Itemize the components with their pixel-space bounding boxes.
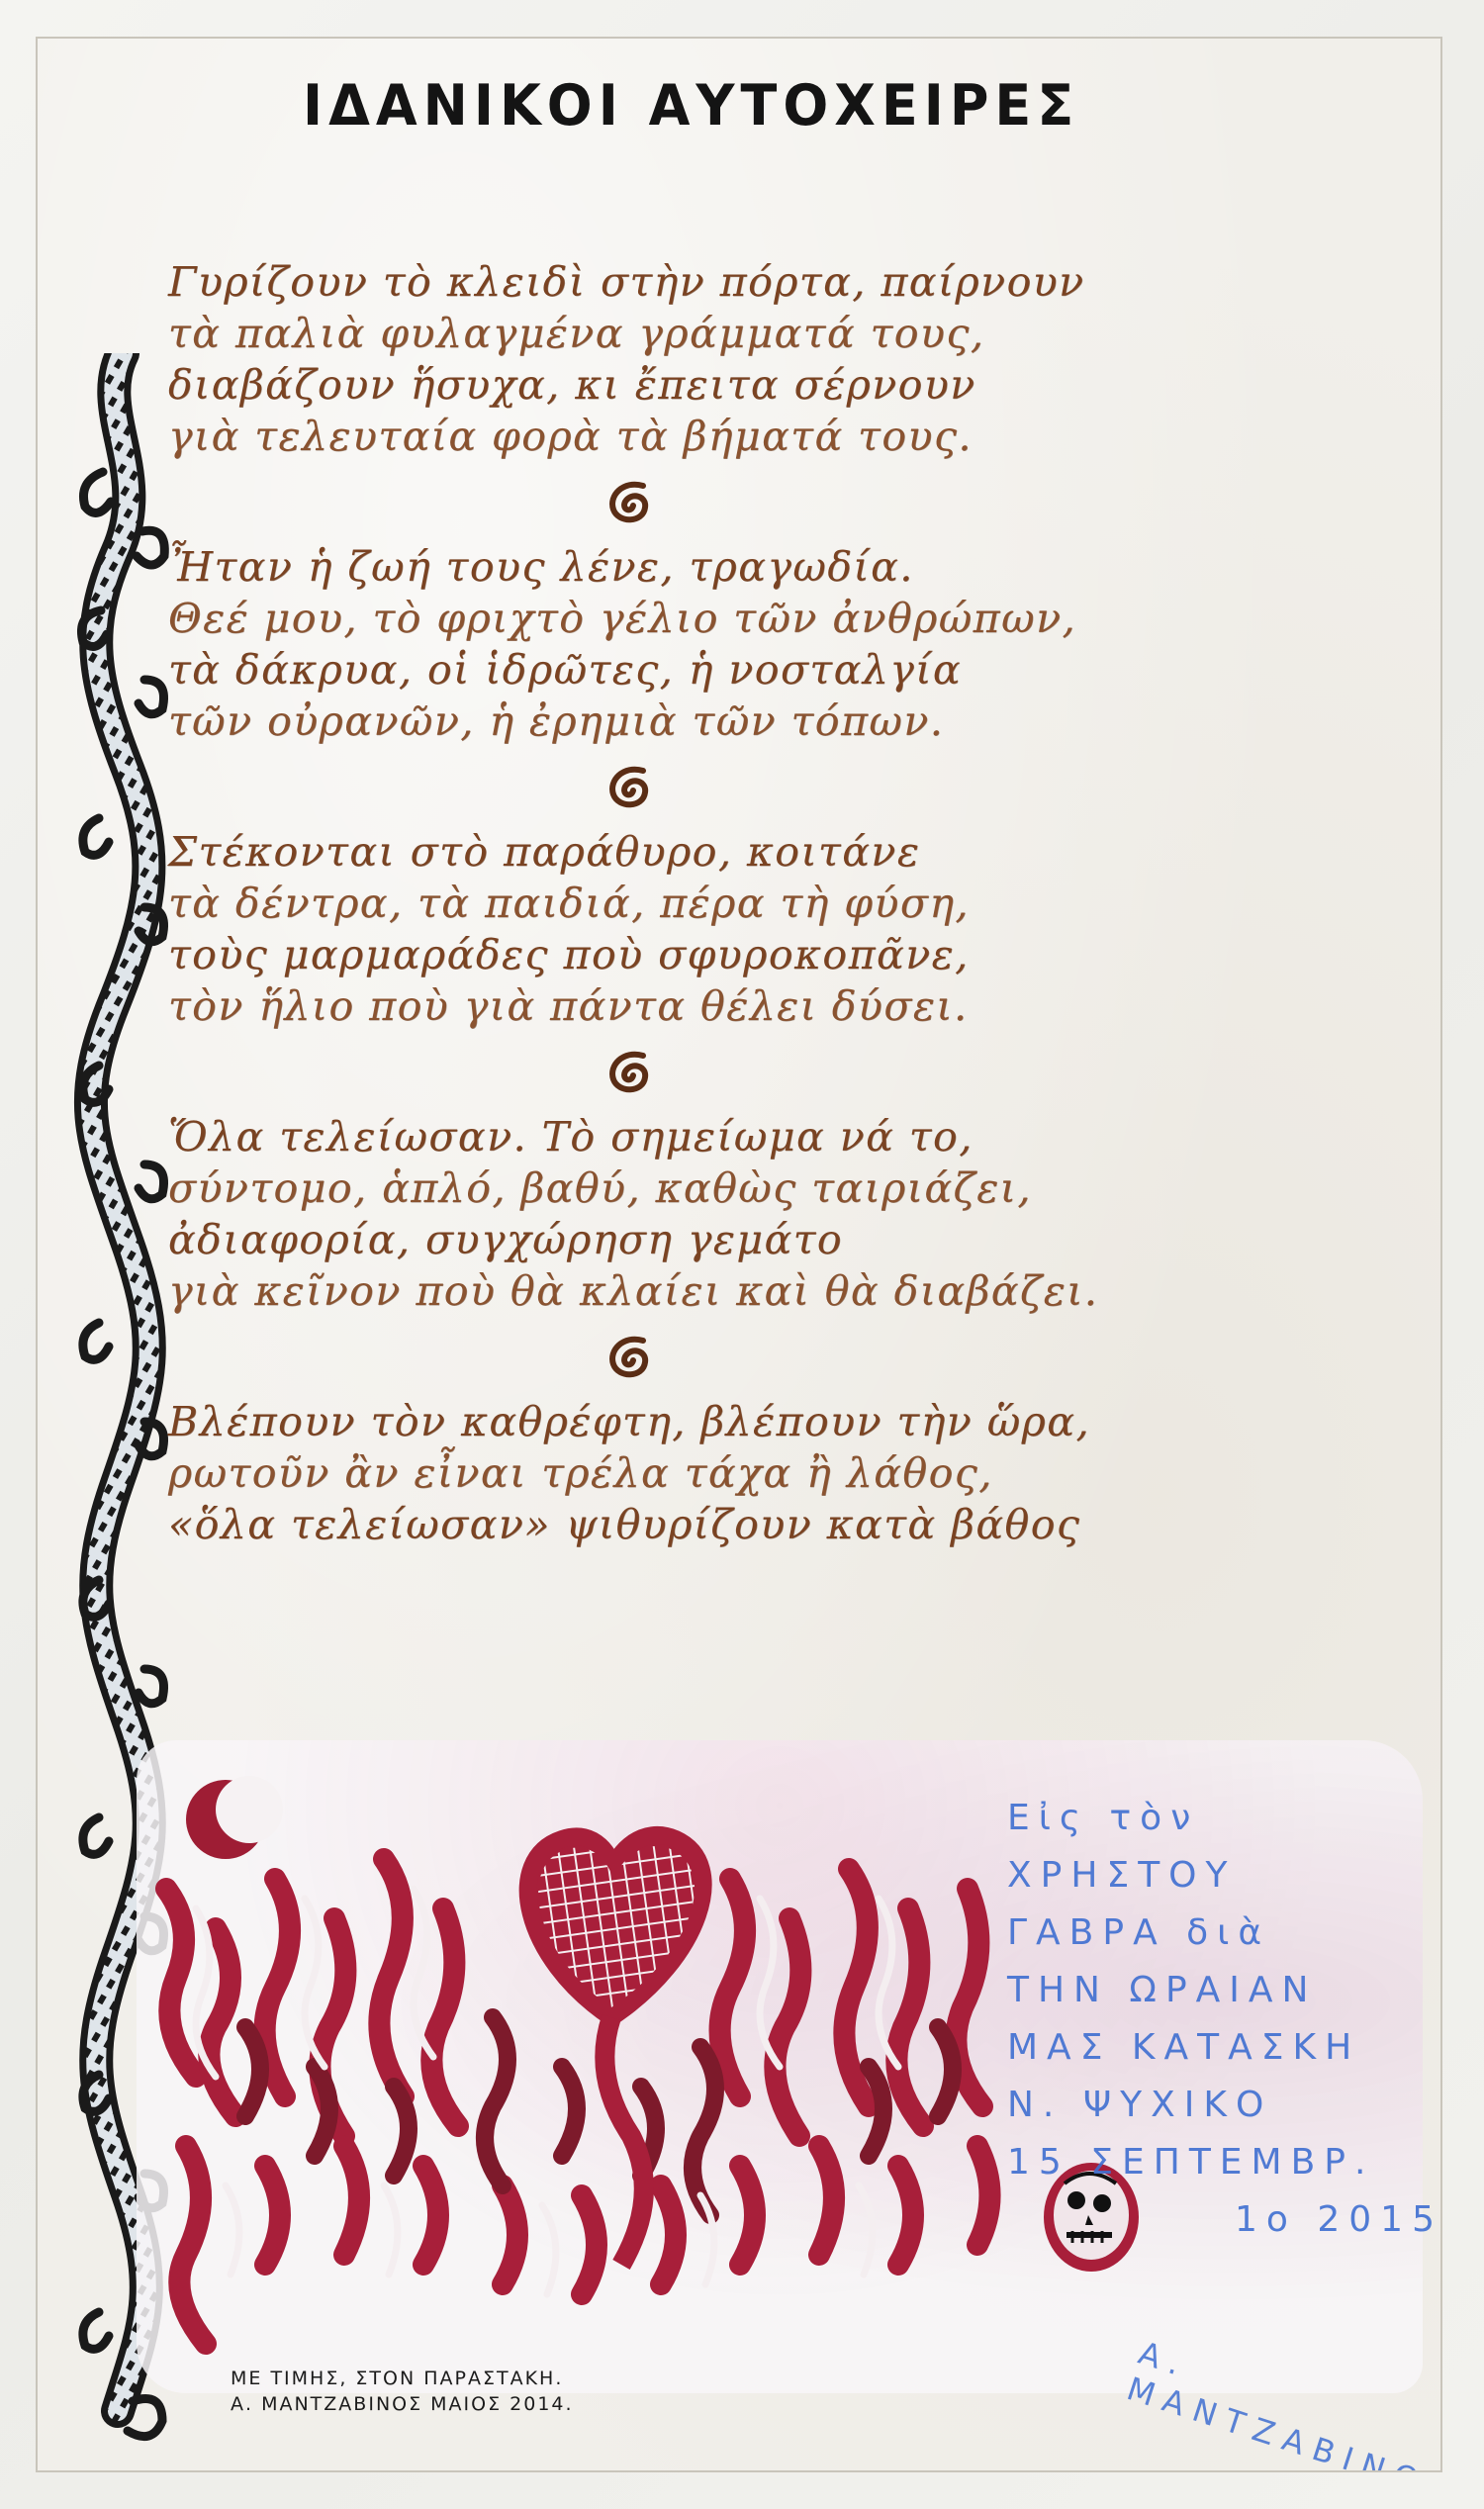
poem-line: τὰ δάκρυα, οἱ ἱδρῶτες, ἡ νοσταλγία: [168, 644, 1405, 696]
poem-line: τὰ δέντρα, τὰ παιδιά, πέρα τὴ φύση,: [168, 878, 1405, 929]
dedication-line: Εἰς τὸν: [1007, 1790, 1403, 1847]
poem-title: ΙΔΑΝΙΚΟΙ ΑΥΤΟΧΕΙΡΕΣ: [303, 72, 1114, 138]
dedication-line: 1ο 2015: [1007, 2191, 1403, 2249]
poem-line: Βλέπουν τὸν καθρέφτη, βλέπουν τὴν ὥρα,: [168, 1396, 1405, 1447]
flames-and-heart-icon: [146, 1770, 1017, 2383]
signature-line-2: Α. ΜΑΝΤΖΑΒΙΝΟΣ ΜΑΙΟΣ 2014.: [231, 2391, 574, 2417]
poem-line: τὰ παλιὰ φυλαγμένα γράμματά τους,: [168, 308, 1405, 359]
poem-line: Στέκονται στὸ παράθυρο, κοιτάνε: [168, 826, 1405, 878]
poem-line: σύντομο, ἁπλό, βαθύ, καθὼς ταιριάζει,: [168, 1162, 1405, 1214]
canvas: ΙΔΑΝΙΚΟΙ ΑΥΤΟΧΕΙΡΕΣ: [38, 39, 1440, 2470]
painted-panel: Εἰς τὸν ΧΡΗΣΤΟΥ ΓΑΒΡΑ διὰ ΤΗΝ ΩΡΑΙΑΝ ΜΑΣ…: [117, 1720, 1440, 2453]
poem-line: Ἦταν ἡ ζωή τους λένε, τραγωδία.: [168, 541, 1405, 593]
spiral-ornament-icon: [603, 1048, 653, 1097]
dedication-line: ΜΑΣ ΚΑΤΑΣΚΗ: [1007, 2019, 1403, 2077]
dedication-text: Εἰς τὸν ΧΡΗΣΤΟΥ ΓΑΒΡΑ διὰ ΤΗΝ ΩΡΑΙΑΝ ΜΑΣ…: [1007, 1790, 1403, 2249]
poem-line: ἀδιαφορία, συγχώρηση γεμάτο: [168, 1214, 1405, 1265]
stanza-1: Γυρίζουν τὸ κλειδὶ στὴν πόρτα, παίρνουν …: [168, 256, 1405, 462]
dedication-line: ΓΑΒΡΑ διὰ: [1007, 1905, 1403, 1962]
picture-frame: ΙΔΑΝΙΚΟΙ ΑΥΤΟΧΕΙΡΕΣ: [0, 0, 1484, 2509]
poem-line: τὸν ἥλιο ποὺ γιὰ πάντα θέλει δύσει.: [168, 980, 1405, 1032]
crescent-moon-icon: [186, 1776, 283, 1859]
stanza-4: Ὅλα τελείωσαν. Τὸ σημείωμα νά το, σύντομ…: [168, 1111, 1405, 1317]
artist-signature: ΜΕ ΤΙΜΗΣ, ΣΤΟΝ ΠΑΡΑΣΤΑΚΗ. Α. ΜΑΝΤΖΑΒΙΝΟΣ…: [231, 2366, 574, 2417]
poem-body: Γυρίζουν τὸ κλειδὶ στὴν πόρτα, παίρνουν …: [168, 256, 1405, 1550]
spiral-ornament-icon: [603, 763, 653, 812]
poem-line: Ὅλα τελείωσαν. Τὸ σημείωμα νά το,: [168, 1111, 1405, 1162]
dedication-line: ΤΗΝ ΩΡΑΙΑΝ: [1007, 1962, 1403, 2019]
stanza-3: Στέκονται στὸ παράθυρο, κοιτάνε τὰ δέντρ…: [168, 826, 1405, 1032]
stanza-2: Ἦταν ἡ ζωή τους λένε, τραγωδία. Θεέ μου,…: [168, 541, 1405, 747]
poem-line: γιὰ τελευταία φορὰ τὰ βήματά τους.: [168, 411, 1405, 462]
poem-line: «ὅλα τελείωσαν» ψιθυρίζουν κατὰ βάθος: [168, 1499, 1405, 1550]
stanza-5: Βλέπουν τὸν καθρέφτη, βλέπουν τὴν ὥρα, ρ…: [168, 1396, 1405, 1550]
poem-line: τῶν οὐρανῶν, ἡ ἐρημιὰ τῶν τόπων.: [168, 696, 1405, 747]
dedication-line: ΧΡΗΣΤΟΥ: [1007, 1847, 1403, 1905]
poem-line: Γυρίζουν τὸ κλειδὶ στὴν πόρτα, παίρνουν: [168, 256, 1405, 308]
spiral-ornament-icon: [603, 478, 653, 527]
dedication-line: 15 ΣΕΠΤΕΜΒΡ.: [1007, 2134, 1403, 2191]
poem-line: τοὺς μαρμαράδες ποὺ σφυροκοπᾶνε,: [168, 929, 1405, 980]
dedication-line: Ν. ΨΥΧΙΚΟ: [1007, 2077, 1403, 2134]
spiral-ornament-icon: [603, 1333, 653, 1382]
signature-line-1: ΜΕ ΤΙΜΗΣ, ΣΤΟΝ ΠΑΡΑΣΤΑΚΗ.: [231, 2366, 574, 2391]
poem-line: γιὰ κεῖνον ποὺ θὰ κλαίει καὶ θὰ διαβάζει…: [168, 1265, 1405, 1317]
poem-line: Θεέ μου, τὸ φριχτὸ γέλιο τῶν ἀνθρώπων,: [168, 593, 1405, 644]
poem-line: διαβάζουν ἥσυχα, κι ἔπειτα σέρνουν: [168, 359, 1405, 411]
poem-line: ρωτοῦν ἂν εἶναι τρέλα τάχα ἢ λάθος,: [168, 1447, 1405, 1499]
